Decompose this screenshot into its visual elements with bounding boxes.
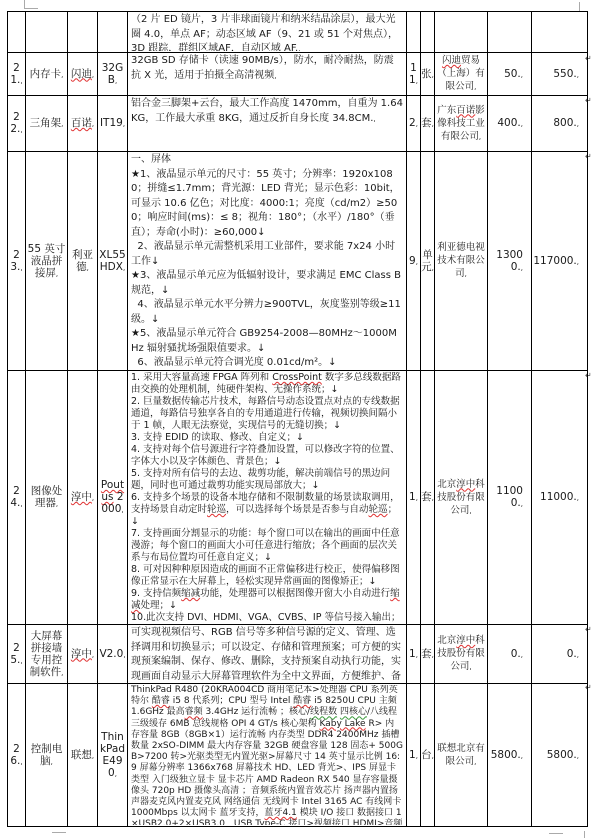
qty-cell: 1 bbox=[407, 371, 421, 625]
qty-cell: 2 bbox=[407, 96, 421, 152]
spec-cell: 一、屏体 ★1、液晶显示单元的尺寸：55 英寸；分辨率：1920x1080；拼缝… bbox=[128, 152, 407, 371]
row-number-cell: 22. bbox=[8, 96, 26, 152]
row-number-cell: 21. bbox=[8, 53, 26, 96]
row-number-cell: 24. bbox=[8, 371, 26, 625]
qty-cell: 9 bbox=[407, 152, 421, 371]
supplier-cell: 北京淳中科技股份有限公司 bbox=[435, 625, 488, 684]
model-cell: IT19 bbox=[98, 96, 128, 152]
unit-cell: 单元 bbox=[421, 152, 435, 371]
item-name-cell bbox=[26, 12, 68, 53]
spec-cell: （2 片 ED 镜片，3 片非球面镜片和纳米结晶涂层），最大光圈 4.0，单点 … bbox=[128, 12, 407, 53]
qty-cell bbox=[407, 12, 421, 53]
spec-cell: 可实现视频信号、RGB 信号等多种信号源的定义、管理、选择调用和切换显示；可以设… bbox=[128, 625, 407, 684]
model-cell: V2.0 bbox=[98, 625, 128, 684]
unit-cell: 张 bbox=[421, 53, 435, 96]
unit-price-cell bbox=[488, 12, 532, 53]
row-number-cell: 23. bbox=[8, 152, 26, 371]
row-number-cell bbox=[8, 12, 26, 53]
item-name-cell: 大屏幕拼接墙专用控制软件 bbox=[26, 625, 68, 684]
total-price-cell: 11000. bbox=[532, 371, 588, 625]
unit-cell: 套 bbox=[421, 625, 435, 684]
table-row: 24. 图像处理器 淳中 Poutus 2000 1. 采用大容量高速 FPGA… bbox=[8, 371, 588, 625]
page-corner-mark-bottom-right bbox=[549, 833, 563, 838]
row-number-cell: 26. bbox=[8, 684, 26, 827]
unit-cell bbox=[421, 12, 435, 53]
item-name-cell: 图像处理器 bbox=[26, 371, 68, 625]
page-corner-mark-top-left bbox=[24, 0, 38, 9]
unit-price-cell: 13000. bbox=[488, 152, 532, 371]
item-name-cell: 控制电脑 bbox=[26, 684, 68, 827]
total-price-cell: 0. bbox=[532, 625, 588, 684]
model-cell: ThinkPad E490 bbox=[98, 684, 128, 827]
model-cell: Poutus 2000 bbox=[98, 371, 128, 625]
unit-cell: 套 bbox=[421, 371, 435, 625]
model-cell bbox=[98, 12, 128, 53]
brand-cell: 利亚德 bbox=[68, 152, 98, 371]
qty-cell: 1 bbox=[407, 625, 421, 684]
qty-cell: 11 bbox=[407, 53, 421, 96]
brand-cell: 百诺 bbox=[68, 96, 98, 152]
unit-cell: 台 bbox=[421, 684, 435, 827]
unit-price-cell: 0. bbox=[488, 625, 532, 684]
total-price-cell: 800. bbox=[532, 96, 588, 152]
total-price-cell: 5800. bbox=[532, 684, 588, 827]
model-cell: 32GB bbox=[98, 53, 128, 96]
brand-cell bbox=[68, 12, 98, 53]
spec-text: （2 片 ED 镜片，3 片非球面镜片和纳米结晶涂层），最大光圈 4.0，单点 … bbox=[131, 13, 403, 51]
unit-cell: 套 bbox=[421, 96, 435, 152]
table-row-carryover: （2 片 ED 镜片，3 片非球面镜片和纳米结晶涂层），最大光圈 4.0，单点 … bbox=[8, 12, 588, 53]
supplier-cell: 联想北京有限公司 bbox=[435, 684, 488, 827]
qty-cell: 1 bbox=[407, 684, 421, 827]
spec-cell: ThinkPad R480 (20KRA004CD 商用笔记本>处理器 CPU … bbox=[128, 684, 407, 827]
row-number-cell: 25. bbox=[8, 625, 26, 684]
item-name-cell: 55 英寸液晶拼接屏 bbox=[26, 152, 68, 371]
total-price-cell bbox=[532, 12, 588, 53]
table-row: 23. 55 英寸液晶拼接屏 利亚德 XL55HDX 一、屏体 ★1、液晶显示单… bbox=[8, 152, 588, 371]
page-corner-mark-bottom-right-v bbox=[584, 831, 585, 838]
page-corner-mark-bottom-left bbox=[52, 832, 66, 838]
spec-cell: 32GB SD 存储卡（读速 90MB/s），防水，耐冷耐热，防震抗 X 光，适… bbox=[128, 53, 407, 96]
supplier-cell: 北京淳中科技股份有限公司 bbox=[435, 371, 488, 625]
brand-cell: 淳中 bbox=[68, 625, 98, 684]
item-name-cell: 内存卡 bbox=[26, 53, 68, 96]
procurement-table: （2 片 ED 镜片，3 片非球面镜片和纳米结晶涂层），最大光圈 4.0，单点 … bbox=[7, 11, 588, 827]
total-price-cell: 550. bbox=[532, 53, 588, 96]
unit-price-cell: 400. bbox=[488, 96, 532, 152]
table-row: 25. 大屏幕拼接墙专用控制软件 淳中 V2.0 可实现视频信号、RGB 信号等… bbox=[8, 625, 588, 684]
supplier-cell: 广东百诺影像科技工业有限公司 bbox=[435, 96, 488, 152]
unit-price-cell: 50. bbox=[488, 53, 532, 96]
table-row: 22. 三角架 百诺 IT19 铝合金三脚架+云台，最大工作高度 1470mm，… bbox=[8, 96, 588, 152]
brand-cell: 闪迪 bbox=[68, 53, 98, 96]
table-row: 26. 控制电脑 联想 ThinkPad E490 ThinkPad R480 … bbox=[8, 684, 588, 827]
brand-cell: 联想 bbox=[68, 684, 98, 827]
spec-cell: 铝合金三脚架+云台，最大工作高度 1470mm，自重为 1.64KG，工作最大承… bbox=[128, 96, 407, 152]
supplier-cell: 利亚德电视技术有限公司 bbox=[435, 152, 488, 371]
spec-cell: 1. 采用大容量高速 FPGA 阵列和 CrossPoint 数字多总线数据路由… bbox=[128, 371, 407, 625]
brand-cell: 淳中 bbox=[68, 371, 98, 625]
supplier-cell: 闪迪贸易（上海）有限公司 bbox=[435, 53, 488, 96]
total-price-cell: 117000. bbox=[532, 152, 588, 371]
table-row: 21. 内存卡 闪迪 32GB 32GB SD 存储卡（读速 90MB/s），防… bbox=[8, 53, 588, 96]
item-name-cell: 三角架 bbox=[26, 96, 68, 152]
unit-price-cell: 11000. bbox=[488, 371, 532, 625]
unit-price-cell: 5800. bbox=[488, 684, 532, 827]
supplier-cell bbox=[435, 12, 488, 53]
model-cell: XL55HDX bbox=[98, 152, 128, 371]
